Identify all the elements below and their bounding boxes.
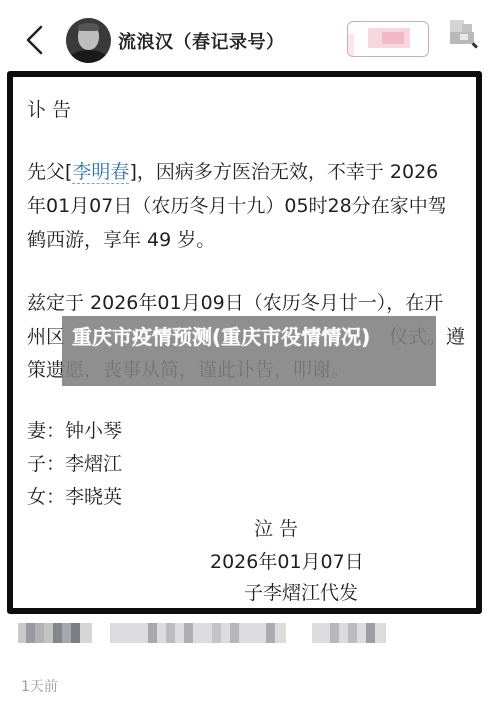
avatar-hair [78, 23, 99, 31]
notice-heading: 讣 告 [27, 99, 71, 121]
sign-date: 2026年01月07日 [210, 551, 364, 573]
follow-button[interactable] [347, 21, 429, 57]
avatar[interactable] [66, 18, 111, 63]
avatar-body [69, 50, 108, 63]
pixelation-block [382, 32, 404, 44]
blurred-author-meta [18, 623, 93, 643]
search-button[interactable] [448, 20, 482, 54]
paragraph-1-line-2: 年01月07日（农历冬月十九）05时28分在家中驾 [27, 195, 447, 217]
relation-label: 女： [27, 486, 65, 508]
deceased-name-link[interactable]: 李明春 [72, 161, 129, 184]
paragraph-2-line-1: 兹定于 2026年01月09日（农历冬月廿一），在开 [27, 292, 443, 314]
pixelation-block [347, 34, 354, 56]
paragraph-2-line-2-left: 州区 [27, 326, 65, 348]
back-button[interactable] [22, 24, 48, 56]
relation-label: 子： [27, 453, 65, 475]
blurred-meta-text [110, 623, 286, 643]
family-member-wife: 妻：钟小琴 [27, 420, 122, 442]
account-name[interactable]: 流浪汉（春记录号） [118, 28, 285, 54]
overlay-title-banner: 重庆市疫情预测(重庆市役情情况) [62, 316, 436, 386]
family-member-son: 子：李熠江 [27, 453, 122, 475]
post-page: 流浪汉（春记录号） 讣 告 先父[李明春]，因病多方医治无效，不幸于 2026 … [0, 0, 500, 703]
chevron-left-icon [22, 24, 48, 56]
member-name: 钟小琴 [65, 420, 122, 442]
sign-by: 子李熠江代发 [244, 582, 358, 604]
top-bar: 流浪汉（春记录号） [0, 0, 500, 72]
text-prefix: 先父[ [27, 161, 72, 183]
relation-label: 妻： [27, 420, 65, 442]
sign-heading: 泣 告 [254, 518, 298, 540]
text-suffix: ]，因病多方医治无效，不幸于 2026 [129, 161, 438, 183]
blurred-meta-extra [312, 623, 386, 643]
overlay-title: 重庆市疫情预测(重庆市役情情况) [72, 324, 428, 350]
pixelation-block [460, 34, 468, 40]
member-name: 李熠江 [65, 453, 122, 475]
post-timestamp: 1天前 [21, 676, 58, 696]
paragraph-1-line-1: 先父[李明春]，因病多方医治无效，不幸于 2026 [27, 161, 438, 183]
member-name: 李晓英 [65, 486, 122, 508]
family-member-daughter: 女：李晓英 [27, 486, 122, 508]
search-icon [472, 42, 478, 48]
paragraph-1-line-3: 鹤西游，享年 49 岁。 [27, 229, 215, 251]
